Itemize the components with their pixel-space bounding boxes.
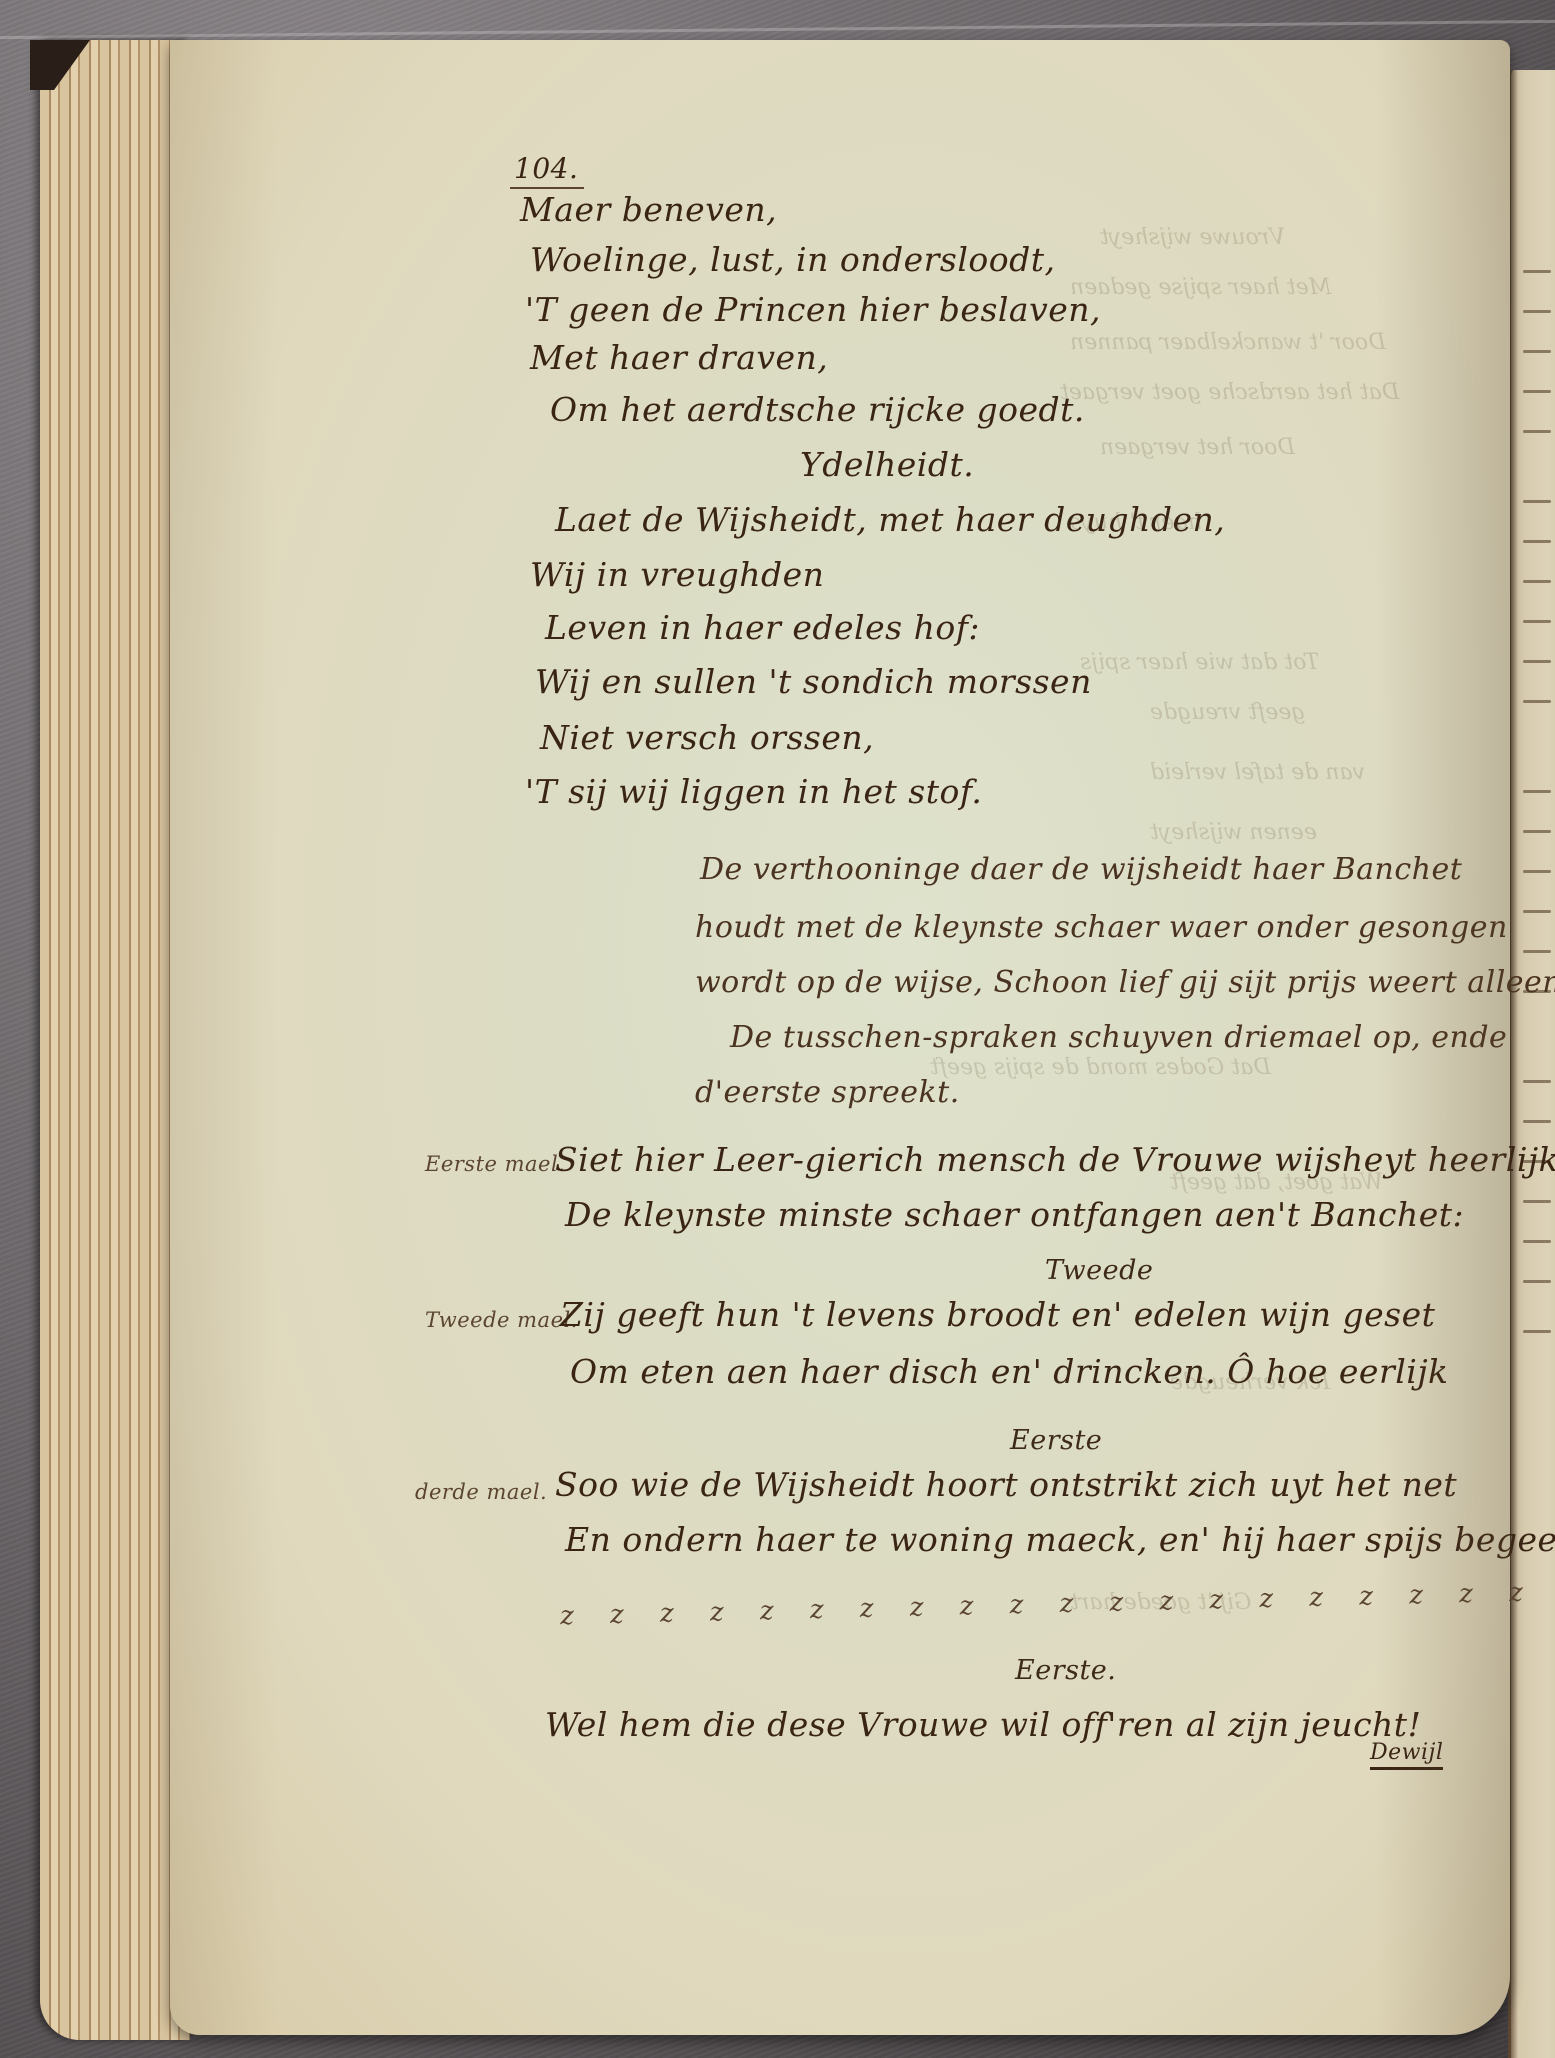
closing-line: Wel hem die dese Vrouwe wil off'ren al z…: [545, 1705, 1421, 1744]
speaker-cue: Eerste.: [1015, 1655, 1116, 1686]
speech-line: En ondern haer te woning maeck, en' hij …: [565, 1520, 1555, 1559]
margin-speaker-label: Tweede mael.: [425, 1308, 578, 1332]
margin-speaker-label: derde mael.: [415, 1480, 547, 1504]
right-page-strip: [1508, 70, 1555, 2058]
catchword: Dewijl: [1370, 1740, 1443, 1770]
speaker-cue: Tweede: [1045, 1255, 1153, 1286]
verse-line: 'T sij wij liggen in het stof.: [525, 772, 982, 811]
verse-line: Wij in vreughden: [530, 555, 824, 594]
stage-direction-line: De tusschen-spraken schuyven driemael op…: [730, 1020, 1507, 1055]
speaker-cue: Eerste: [1010, 1425, 1102, 1456]
verse-line: Laet de Wijsheidt, met haer deughden,: [555, 500, 1225, 539]
margin-speaker-label: Eerste mael.: [425, 1152, 565, 1176]
stage-direction-line: wordt op de wijse, Schoon lief gij sijt …: [695, 965, 1555, 1000]
photo-scene: Vrouwe wijsheyt Met haer spijse gedaen D…: [0, 0, 1555, 2058]
speech-line: De kleynste minste schaer ontfangen aen'…: [565, 1195, 1464, 1234]
stage-direction-line: houdt met de kleynste schaer waer onder …: [695, 910, 1508, 945]
speech-line: Siet hier Leer-gierich mensch de Vrouwe …: [555, 1140, 1555, 1179]
manuscript-page: Vrouwe wijsheyt Met haer spijse gedaen D…: [170, 40, 1510, 2035]
stage-direction-line: d'eerste spreekt.: [695, 1075, 960, 1110]
verse-line: Wij en sullen 't sondich morssen: [535, 662, 1092, 701]
verse-line: 'T geen de Princen hier beslaven,: [525, 290, 1101, 329]
stage-direction-line: De verthooninge daer de wijsheidt haer B…: [700, 852, 1462, 887]
verse-line: Niet versch orssen,: [540, 718, 874, 757]
speech-line: Om eten aen haer disch en' drincken. Ô h…: [570, 1352, 1449, 1391]
page-number: 104.: [510, 152, 584, 189]
verse-line: Woelinge, lust, in ondersloodt,: [530, 240, 1056, 279]
verse-line: Met haer draven,: [530, 338, 828, 377]
speaker-heading: Ydelheidt.: [800, 445, 974, 484]
page-stack-fore-edge: [40, 40, 190, 2040]
speech-line: Soo wie de Wijsheidt hoort ontstrikt zic…: [555, 1465, 1457, 1504]
verse-line: Om het aerdtsche rijcke goedt.: [550, 390, 1085, 429]
verse-line: Leven in haer edeles hof:: [545, 608, 980, 647]
speech-line: Zij geeft hun 't levens broodt en' edele…: [560, 1295, 1435, 1334]
cloth-fold: [0, 20, 1555, 39]
decorative-divider: z z z z z z z z z z z z z z z z z z z z …: [560, 1579, 1480, 1631]
verse-line: Maer beneven,: [520, 190, 777, 229]
